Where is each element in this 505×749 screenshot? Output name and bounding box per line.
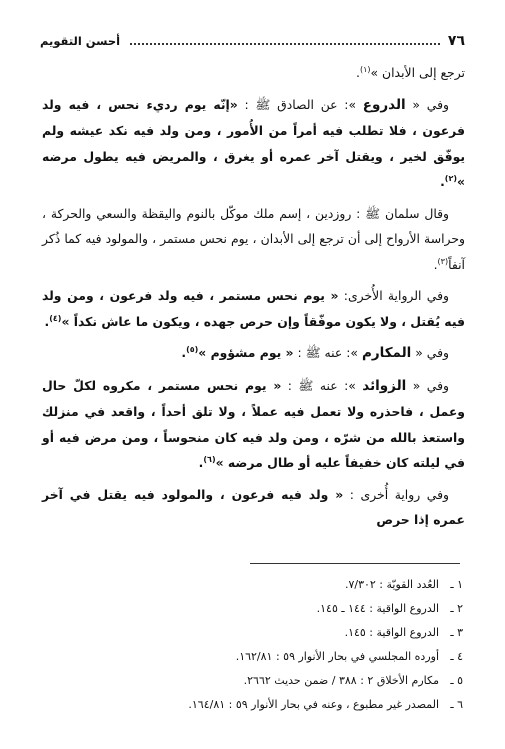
paragraph-lead: وفي «	[406, 378, 449, 393]
attribution: »: عنه ﷺ :	[294, 345, 362, 360]
footnote-text: المصدر غير مطبوع ، وعنه في بحار الأنوار …	[188, 693, 439, 717]
footnote-separator	[250, 563, 460, 564]
body-text: ترجع إلى الأبدان »(١). وفي « الدروع »: ع…	[42, 60, 465, 539]
footnote-item: ٣ ـ الدروع الواقية : ١٤٥.	[40, 621, 463, 645]
footnote-ref[interactable]: (٦)	[203, 455, 215, 464]
paragraph: وفي رواية أُخرى : « ولد فيه فرعون ، والم…	[42, 482, 465, 533]
footnote-item: ٦ ـ المصدر غير مطبوع ، وعنه في بحار الأن…	[40, 693, 463, 717]
footnote-text: العُدد القويّة : ٧/٣٠٢.	[345, 573, 439, 597]
running-title: أحسن التقويم	[40, 34, 120, 48]
footnote-text: الدروع الواقية : ١٤٤ ـ ١٤٥.	[317, 597, 439, 621]
paragraph: وفي « الدروع »: عن الصادق ﷺ : «إنّه يوم …	[42, 92, 465, 195]
attribution: »: عنه ﷺ :	[281, 378, 362, 393]
running-header: ٧٦ أحسن التقويم	[40, 30, 465, 52]
footnotes: ١ ـ العُدد القويّة : ٧/٣٠٢. ٢ ـ الدروع ا…	[40, 573, 463, 717]
book-page: ٧٦ أحسن التقويم ترجع إلى الأبدان »(١). و…	[0, 0, 505, 749]
page-number: ٧٦	[448, 33, 465, 49]
paragraph-lead: وفي «	[411, 345, 449, 360]
source-name: الدروع	[363, 97, 406, 113]
footnote-number: ٤ ـ	[445, 645, 463, 669]
footnote-ref[interactable]: (٤)	[49, 313, 61, 322]
quote-text: « يوم مشؤوم »	[198, 345, 293, 360]
paragraph-lead: وفي الرواية الأُخرى:	[339, 288, 449, 303]
footnote-ref[interactable]: (٢)	[445, 174, 457, 183]
paragraph: وفي « الزوائد »: عنه ﷺ : « يوم نحس مستمر…	[42, 373, 465, 476]
footnote-ref[interactable]: (٣)	[438, 256, 449, 265]
leader-dots	[130, 43, 440, 45]
footnote-text: الدروع الواقية : ١٤٥.	[345, 621, 439, 645]
paragraph-text: وقال سلمان ﷺ : روزدين ، إسم ملك موكّل با…	[42, 206, 465, 272]
paragraph: وفي الرواية الأُخرى: « يوم نحس مستمر ، ف…	[42, 283, 465, 334]
footnote-number: ٢ ـ	[445, 597, 463, 621]
paragraph-lead: وفي رواية أُخرى :	[343, 487, 449, 502]
footnote-number: ٣ ـ	[445, 621, 463, 645]
paragraph: وقال سلمان ﷺ : روزدين ، إسم ملك موكّل با…	[42, 201, 465, 278]
footnote-ref[interactable]: (١)	[360, 65, 371, 74]
footnote-number: ٥ ـ	[445, 669, 463, 693]
footnote-item: ٥ ـ مكارم الأخلاق ٢ : ٣٨٨ / ضمن حديث ٢٦٦…	[40, 669, 463, 693]
footnote-text: أورده المجلسي في بحار الأنوار ٥٩ : ١٦٢/٨…	[236, 645, 439, 669]
footnote-number: ١ ـ	[445, 573, 463, 597]
footnote-text: مكارم الأخلاق ٢ : ٣٨٨ / ضمن حديث ٢٦٦٢.	[244, 669, 439, 693]
paragraph-text: ترجع إلى الأبدان »	[371, 65, 466, 80]
footnote-ref[interactable]: (٥)	[186, 345, 198, 354]
paragraph: ترجع إلى الأبدان »(١).	[42, 60, 465, 86]
source-name: الزوائد	[362, 378, 406, 394]
footnote-item: ١ ـ العُدد القويّة : ٧/٣٠٢.	[40, 573, 463, 597]
footnote-item: ٢ ـ الدروع الواقية : ١٤٤ ـ ١٤٥.	[40, 597, 463, 621]
footnote-number: ٦ ـ	[445, 693, 463, 717]
footnote-item: ٤ ـ أورده المجلسي في بحار الأنوار ٥٩ : ١…	[40, 645, 463, 669]
source-name: المكارم	[362, 345, 411, 361]
paragraph: وفي « المكارم »: عنه ﷺ : « يوم مشؤوم »(٥…	[42, 340, 465, 367]
attribution: »: عن الصادق ﷺ :	[238, 97, 363, 112]
paragraph-lead: وفي «	[406, 97, 449, 112]
